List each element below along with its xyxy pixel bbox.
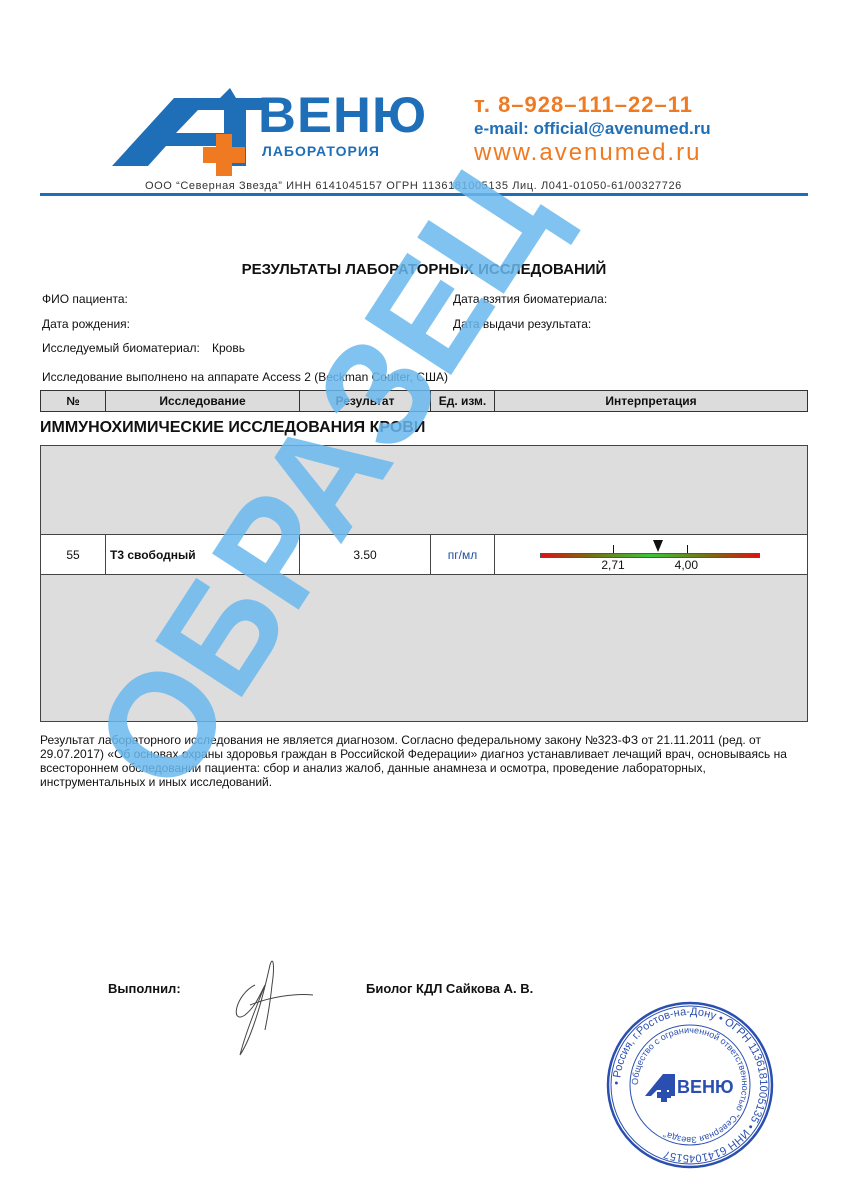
column-result: Результат [300, 391, 431, 411]
svg-text:ВЕНЮ: ВЕНЮ [677, 1077, 734, 1097]
column-test: Исследование [106, 391, 300, 411]
website: www.avenumed.ru [474, 139, 701, 167]
logo-subtitle: ЛАБОРАТОРИЯ [262, 143, 380, 159]
section-title: ИММУНОХИМИЧЕСКИЕ ИССЛЕДОВАНИЯ КРОВИ [40, 419, 425, 437]
biomaterial-label: Исследуемый биоматериал: [42, 341, 200, 355]
row-number: 55 [41, 535, 106, 574]
column-number: № [41, 391, 106, 411]
disclaimer-text: Результат лабораторного исследования не … [40, 733, 810, 789]
value-marker-icon [653, 540, 663, 552]
email-address: e-mail: official@avenumed.ru [474, 119, 711, 139]
device-note: Исследование выполнено на аппарате Acces… [42, 370, 448, 384]
table-header: № Исследование Результат Ед. изм. Интерп… [40, 390, 808, 412]
stamp-icon: • Россия, г.Ростов-на-Дону • ОГРН 113618… [605, 1000, 775, 1170]
column-interpretation: Интерпретация [495, 391, 807, 411]
header-divider [40, 193, 808, 196]
row-test-name: Т3 свободный [106, 535, 300, 574]
page-title: РЕЗУЛЬТАТЫ ЛАБОРАТОРНЫХ ИССЛЕДОВАНИЙ [0, 261, 848, 278]
signature-icon [225, 955, 325, 1060]
high-limit-label: 4,00 [675, 558, 698, 572]
birth-date-label: Дата рождения: [42, 317, 130, 331]
patient-name-label: ФИО пациента: [42, 292, 128, 306]
table-row: 55 Т3 свободный 3.50 пг/мл 2,71 4,00 [40, 534, 808, 575]
column-unit: Ед. изм. [431, 391, 495, 411]
low-limit-tick [613, 545, 614, 553]
reference-scale: 2,71 4,00 [495, 535, 807, 574]
low-limit-label: 2,71 [601, 558, 624, 572]
row-result: 3.50 [300, 535, 431, 574]
result-date-label: Дата выдачи результата: [453, 317, 591, 331]
phone-number: т. 8–928–111–22–11 [474, 92, 693, 118]
logo-text: ВЕНЮ [258, 86, 427, 144]
sample-date-label: Дата взятия биоматериала: [453, 292, 607, 306]
company-details: ООО “Северная Звезда” ИНН 6141045157 ОГР… [145, 180, 682, 192]
scale-bar [540, 553, 760, 558]
signer-name: Биолог КДЛ Сайкова А. В. [366, 981, 533, 996]
high-limit-tick [687, 545, 688, 553]
biomaterial-value: Кровь [212, 341, 245, 355]
row-unit: пг/мл [431, 535, 495, 574]
blank-area-bottom [40, 574, 808, 722]
blank-area-top [40, 445, 808, 535]
performed-by-label: Выполнил: [108, 981, 181, 996]
